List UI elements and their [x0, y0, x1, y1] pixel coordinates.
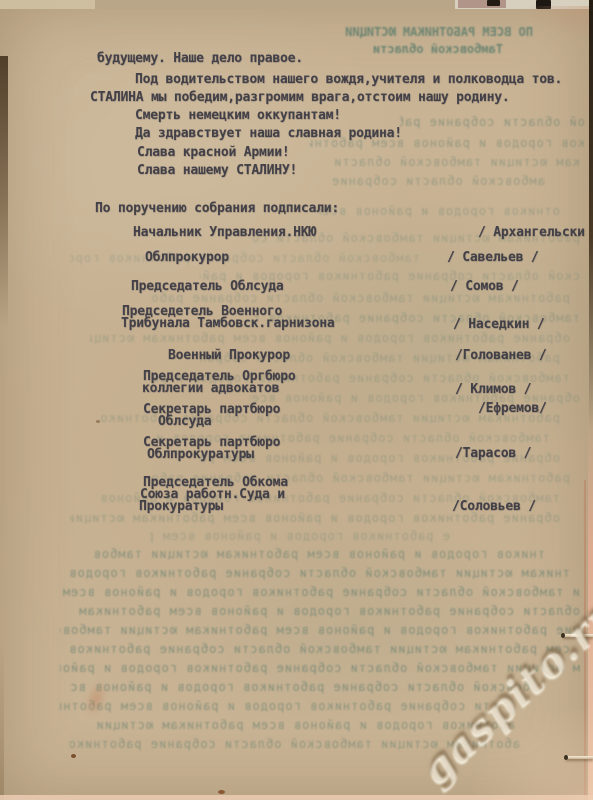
signature-name: / Сомов / — [450, 279, 519, 294]
signature-name: /Ефремов/ — [478, 401, 547, 416]
signature-name: / Наседкин / — [453, 317, 545, 332]
signature-name: / Климов / — [455, 382, 531, 397]
signature-title-line: Облпрокурор — [145, 250, 229, 265]
signature-name: / Савельев / — [447, 250, 539, 265]
signature-title-line: Военный Прокурор — [168, 348, 290, 363]
signature-name: /Голованев / — [455, 348, 547, 363]
paper-speck — [96, 420, 100, 423]
staple-hole — [564, 755, 568, 760]
top-right-corner-stain — [523, 6, 593, 40]
signature-name: /Соловьев / — [452, 499, 536, 514]
paper-speck — [218, 790, 225, 794]
top-edge-dark-mark — [487, 0, 500, 6]
paper-speck — [71, 754, 76, 758]
signature-title-line: Прокуратуры — [139, 499, 223, 514]
left-edge-shadow — [0, 640, 4, 800]
signature-title-line: коллегии адвокатов — [142, 381, 279, 396]
signature-title-line: Председатель Облсуда — [131, 279, 284, 294]
signature-title-line: Начальник Управления.НКЮ — [133, 225, 316, 240]
staple-thread — [566, 756, 593, 759]
signature-name: /Тарасов / — [455, 446, 531, 461]
signature-title-line: Облпрокуратуры — [147, 447, 254, 462]
left-edge-shadow — [0, 56, 8, 326]
signature-name: / Архангельски — [478, 225, 585, 240]
signature-title-line: Трибунала Тамбовск.гарнизона — [121, 316, 335, 331]
scanned-document-page: ПО ВСЕМ РАБОТНИКАМ ЮСТИЦИИ Тамбовской об… — [0, 0, 593, 800]
right-edge-shadow — [589, 0, 593, 430]
signature-title-line: Облсуда — [158, 414, 211, 429]
